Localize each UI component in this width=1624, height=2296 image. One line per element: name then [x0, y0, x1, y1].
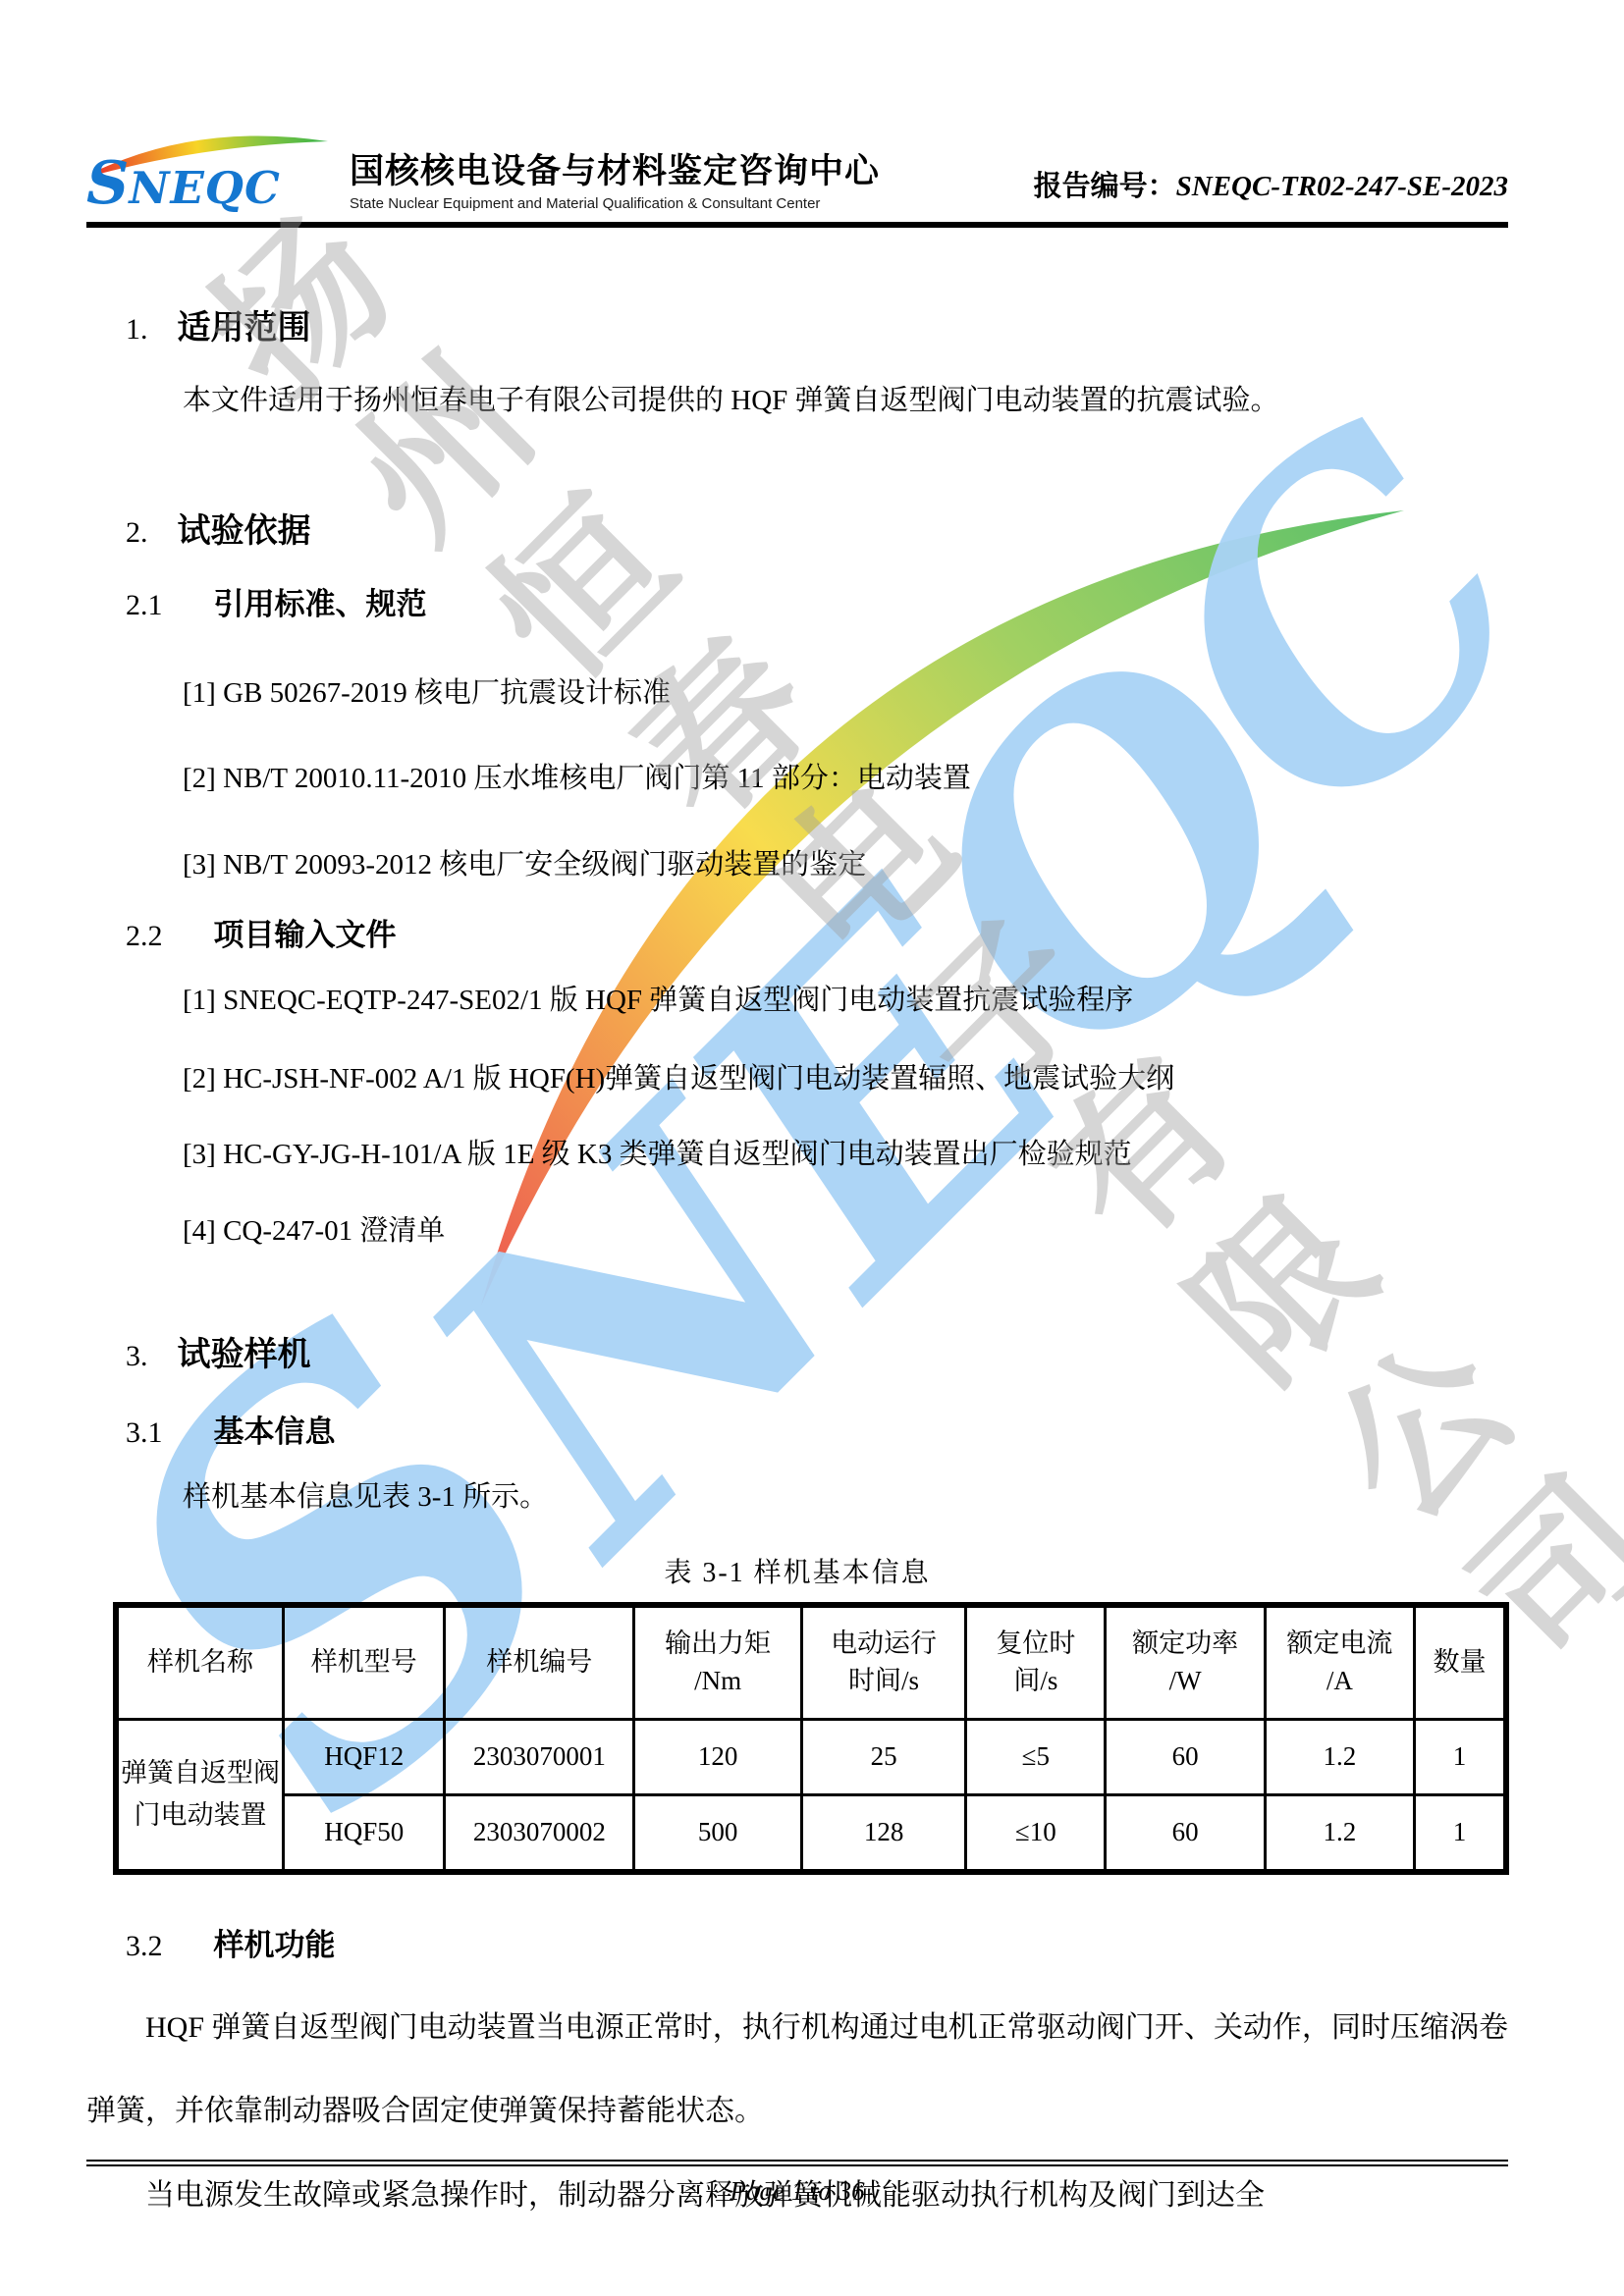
input-doc-item: [2] HC-JSH-NF-002 A/1 版 HQF(H)弹簧自返型阀门电动装…: [86, 1058, 1508, 1101]
table-header-row: 样机名称 样机型号 样机编号 输出力矩/Nm 电动运行时间/s 复位时间/s 额…: [116, 1605, 1506, 1720]
input-doc-item: [1] SNEQC-EQTP-247-SE02/1 版 HQF 弹簧自返型阀门电…: [86, 980, 1508, 1023]
col-header-quantity: 数量: [1415, 1605, 1506, 1720]
cell-current: 1.2: [1265, 1794, 1414, 1872]
page-number: Page 1 to 36: [730, 2176, 864, 2206]
report-number-label: 报告编号：: [1034, 171, 1176, 202]
cell-motor-time: 128: [801, 1794, 965, 1872]
org-name-en: State Nuclear Equipment and Material Qua…: [350, 195, 880, 212]
logo-letters-rest: NEQC: [129, 162, 280, 214]
col-header-motor-time: 电动运行时间/s: [801, 1605, 965, 1720]
section-2-2-heading: 2.2 项目输入文件: [86, 910, 1508, 954]
section-2-1-heading: 2.1 引用标准、规范: [86, 579, 1508, 623]
cell-specimen-name: 弹簧自返型阀门电动装置: [116, 1719, 284, 1872]
input-doc-item: [4] CQ-247-01 澄清单: [86, 1210, 1508, 1254]
reference-item: [3] NB/T 20093-2012 核电厂安全级阀门驱动装置的鉴定: [86, 844, 1508, 887]
sneqc-logo: SNEQC: [86, 133, 334, 212]
section-2-2-number: 2.2: [126, 920, 163, 953]
cell-motor-time: 25: [801, 1719, 965, 1794]
section-2-2-title: 项目输入文件: [214, 910, 397, 954]
page-footer: Page 1 to 36: [86, 2160, 1508, 2207]
section-1-number: 1.: [126, 313, 148, 347]
section-1-title: 适用范围: [178, 300, 311, 348]
cell-reset-time: ≤10: [966, 1794, 1106, 1872]
cell-serial: 2303070002: [445, 1794, 634, 1872]
section-1-heading: 1. 适用范围: [86, 300, 1508, 348]
cell-reset-time: ≤5: [966, 1719, 1106, 1794]
section-3-2-title: 样机功能: [214, 1920, 336, 1964]
col-header-reset-time: 复位时间/s: [966, 1605, 1106, 1720]
table-row: 弹簧自返型阀门电动装置 HQF12 2303070001 120 25 ≤5 6…: [116, 1719, 1506, 1794]
input-doc-item: [3] HC-GY-JG-H-101/A 版 1E 级 K3 类弹簧自返型阀门电…: [86, 1134, 1508, 1177]
cell-power: 60: [1106, 1719, 1265, 1794]
section-3-1-heading: 3.1 基本信息: [86, 1407, 1508, 1451]
section-3-1-title: 基本信息: [214, 1407, 336, 1451]
cell-quantity: 1: [1415, 1719, 1506, 1794]
cell-serial: 2303070001: [445, 1719, 634, 1794]
cell-torque: 500: [634, 1794, 802, 1872]
cell-power: 60: [1106, 1794, 1265, 1872]
col-header-power: 额定功率/W: [1106, 1605, 1265, 1720]
section-3-title: 试验样机: [178, 1327, 311, 1375]
table-caption: 表 3-1 样机基本信息: [86, 1551, 1508, 1590]
col-header-model: 样机型号: [284, 1605, 445, 1720]
org-names: 国核核电设备与材料鉴定咨询中心 State Nuclear Equipment …: [350, 152, 880, 212]
report-number: 报告编号：SNEQC-TR02-247-SE-2023: [1034, 164, 1508, 212]
cell-quantity: 1: [1415, 1794, 1506, 1872]
page-header: SNEQC 国核核电设备与材料鉴定咨询中心 State Nuclear Equi…: [86, 0, 1508, 228]
page-content: SNEQC 国核核电设备与材料鉴定咨询中心 State Nuclear Equi…: [0, 0, 1624, 2237]
reference-item: [2] NB/T 20010.11-2010 压水堆核电厂阀门第 11 部分：电…: [86, 758, 1508, 801]
col-header-name: 样机名称: [116, 1605, 284, 1720]
cell-current: 1.2: [1265, 1719, 1414, 1794]
section-3-2-heading: 3.2 样机功能: [86, 1920, 1508, 1964]
logo-wordmark: SNEQC: [86, 149, 281, 218]
section-2-heading: 2. 试验依据: [86, 504, 1508, 552]
org-identity: SNEQC 国核核电设备与材料鉴定咨询中心 State Nuclear Equi…: [86, 133, 880, 212]
cell-model: HQF12: [284, 1719, 445, 1794]
col-header-serial: 样机编号: [445, 1605, 634, 1720]
section-3-heading: 3. 试验样机: [86, 1327, 1508, 1375]
section-2-number: 2.: [126, 516, 148, 550]
cell-torque: 120: [634, 1719, 802, 1794]
col-header-torque: 输出力矩/Nm: [634, 1605, 802, 1720]
col-header-current: 额定电流/A: [1265, 1605, 1414, 1720]
section-2-1-title: 引用标准、规范: [214, 579, 427, 623]
section-3-1-number: 3.1: [126, 1416, 163, 1450]
section-3-2-number: 3.2: [126, 1930, 163, 1963]
cell-model: HQF50: [284, 1794, 445, 1872]
table-row: HQF50 2303070002 500 128 ≤10 60 1.2 1: [116, 1794, 1506, 1872]
section-3-1-paragraph: 样机基本信息见表 3-1 所示。: [86, 1476, 1508, 1520]
reference-item: [1] GB 50267-2019 核电厂抗震设计标准: [86, 672, 1508, 716]
section-2-title: 试验依据: [178, 504, 311, 552]
section-2-1-number: 2.1: [126, 589, 163, 622]
report-number-value: SNEQC-TR02-247-SE-2023: [1176, 171, 1508, 202]
logo-letter-s: S: [86, 149, 129, 218]
org-name-cn: 国核核电设备与材料鉴定咨询中心: [350, 152, 880, 191]
section-3-2-paragraph-1: HQF 弹簧自返型阀门电动装置当电源正常时，执行机构通过电机正常驱动阀门开、关动…: [86, 1986, 1508, 2154]
section-1-paragraph: 本文件适用于扬州恒春电子有限公司提供的 HQF 弹簧自返型阀门电动装置的抗震试验…: [86, 380, 1508, 423]
section-3-number: 3.: [126, 1340, 148, 1373]
specimen-table: 样机名称 样机型号 样机编号 输出力矩/Nm 电动运行时间/s 复位时间/s 额…: [113, 1602, 1509, 1875]
report-page: SNEQC 扬州恒春电子有限公司: [0, 0, 1624, 2296]
